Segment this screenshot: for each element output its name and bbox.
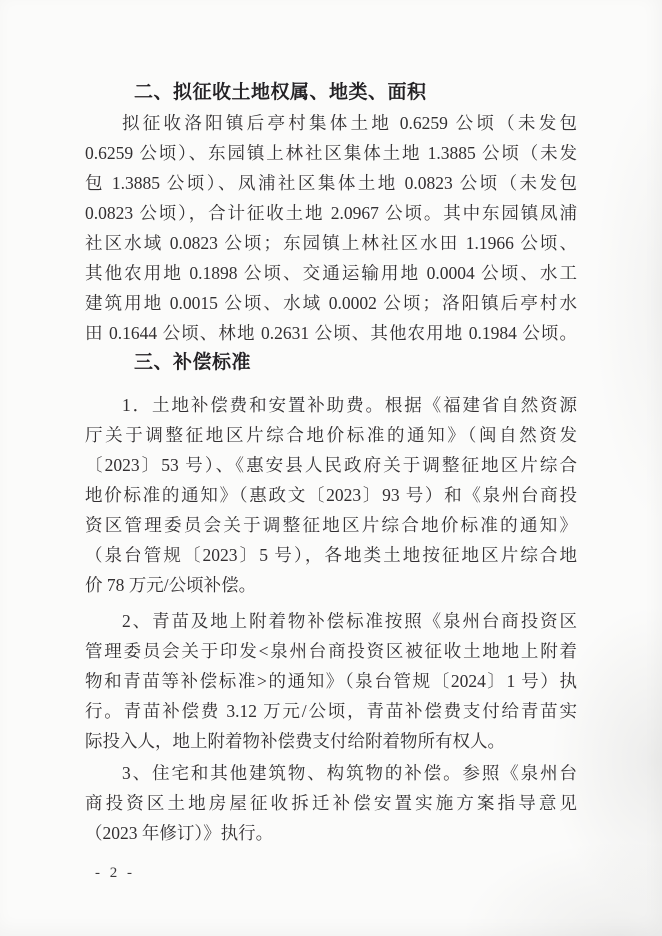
text-line: 建筑用地 0.0015 公顷、水域 0.0002 公顷；洛阳镇后亭村水 xyxy=(85,288,577,318)
text-line: 厅关于调整征地区片综合地价标准的通知》（闽自然资发 xyxy=(85,420,577,450)
text-line: 2、青苗及地上附着物补偿标准按照《泉州台商投资区 xyxy=(85,606,577,636)
text-line: 拟征收洛阳镇后亭村集体土地 0.6259 公顷（未发包 xyxy=(85,108,577,138)
text-line: 商投资区土地房屋征收拆迁补偿安置实施方案指导意见 xyxy=(85,788,577,818)
page-number: - 2 - xyxy=(95,860,135,886)
text-line: 1．土地补偿费和安置补助费。根据《福建省自然资源 xyxy=(85,390,577,420)
text-line: 0.0823 公顷），合计征收土地 2.0967 公顷。其中东园镇凤浦 xyxy=(85,198,577,228)
paragraph-land-details: 拟征收洛阳镇后亭村集体土地 0.6259 公顷（未发包 0.6259 公顷）、东… xyxy=(85,108,577,348)
text-line: 行。青苗补偿费 3.12 万元/公顷，青苗补偿费支付给青苗实 xyxy=(85,696,577,726)
text-line: （泉台管规〔2023〕5 号），各地类土地按征地区片综合地 xyxy=(85,540,577,570)
text-line: 0.6259 公顷）、东园镇上林社区集体土地 1.3885 公顷（未发 xyxy=(85,138,577,168)
text-line: 资区管理委员会关于调整征地区片综合地价标准的通知》 xyxy=(85,510,577,540)
text-line: 社区水域 0.0823 公顷；东园镇上林社区水田 1.1966 公顷、 xyxy=(85,228,577,258)
text-line: 际投入人，地上附着物补偿费支付给附着物所有权人。 xyxy=(85,726,577,756)
paragraph-crops-attachments: 2、青苗及地上附着物补偿标准按照《泉州台商投资区 管理委员会关于印发<泉州台商投… xyxy=(85,606,577,756)
text-line: 管理委员会关于印发<泉州台商投资区被征收土地地上附着 xyxy=(85,636,577,666)
text-line: 〔2023〕53 号）、《惠安县人民政府关于调整征地区片综合 xyxy=(85,450,577,480)
scanned-document-page: 二、拟征收土地权属、地类、面积 拟征收洛阳镇后亭村集体土地 0.6259 公顷（… xyxy=(0,0,662,936)
paragraph-land-compensation-fee: 1．土地补偿费和安置补助费。根据《福建省自然资源 厅关于调整征地区片综合地价标准… xyxy=(85,390,577,600)
paragraph-buildings-compensation: 3、住宅和其他建筑物、构筑物的补偿。参照《泉州台 商投资区土地房屋征收拆迁补偿安… xyxy=(85,758,577,848)
section-heading-compensation: 三、补偿标准 xyxy=(85,348,577,378)
text-line: 3、住宅和其他建筑物、构筑物的补偿。参照《泉州台 xyxy=(85,758,577,788)
text-line: 物和青苗等补偿标准>的通知》（泉台管规〔2024〕1 号）执 xyxy=(85,666,577,696)
text-line: 地价标准的通知》（惠政文〔2023〕93 号）和《泉州台商投 xyxy=(85,480,577,510)
text-line: 价 78 万元/公顷补偿。 xyxy=(85,570,577,600)
text-line: 其他农用地 0.1898 公顷、交通运输用地 0.0004 公顷、水工 xyxy=(85,258,577,288)
section-heading-land: 二、拟征收土地权属、地类、面积 xyxy=(85,78,577,108)
text-line: （2023 年修订）》执行。 xyxy=(85,818,577,848)
document-body: 二、拟征收土地权属、地类、面积 拟征收洛阳镇后亭村集体土地 0.6259 公顷（… xyxy=(85,78,577,848)
text-line: 包 1.3885 公顷）、凤浦社区集体土地 0.0823 公顷（未发包 xyxy=(85,168,577,198)
text-line: 田 0.1644 公顷、林地 0.2631 公顷、其他农用地 0.1984 公顷… xyxy=(85,318,577,348)
